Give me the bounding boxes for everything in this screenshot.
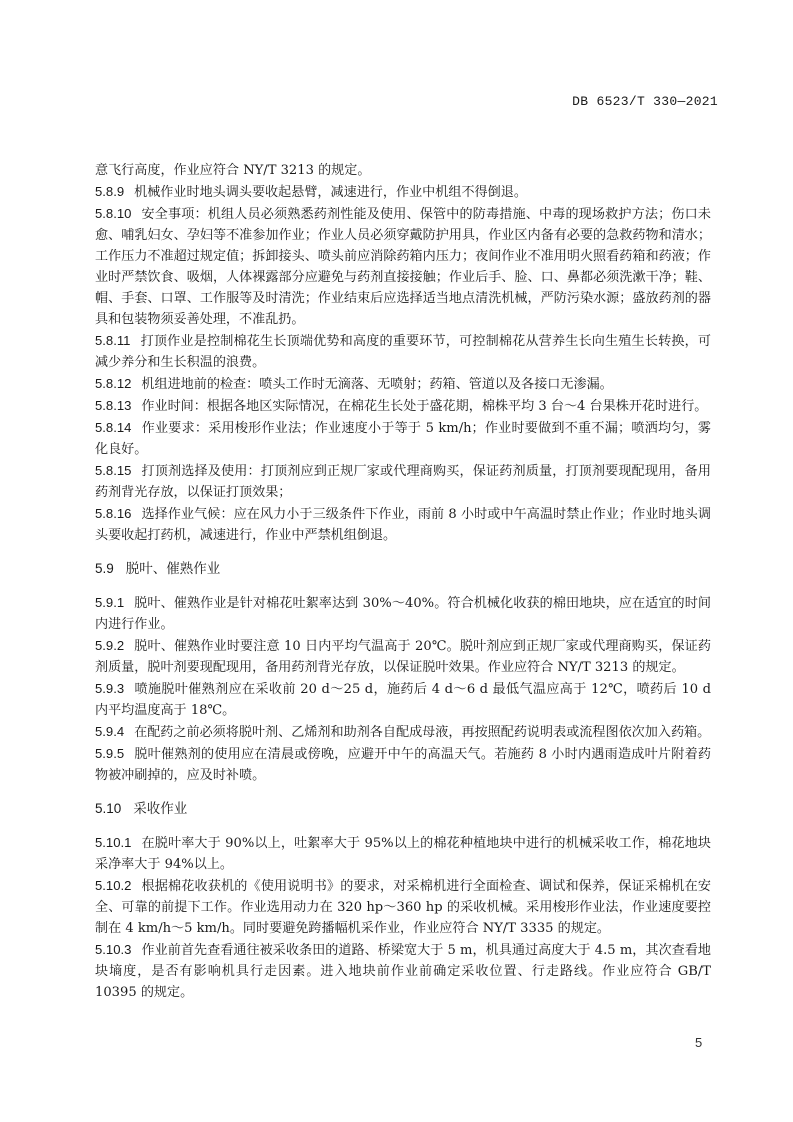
clause-number: 5.9.5 bbox=[95, 743, 124, 764]
clause-number: 5.9.4 bbox=[95, 721, 124, 742]
clause-number: 5.10.2 bbox=[95, 875, 131, 896]
clause-5-9-5: 5.9.5脱叶催熟剂的使用应在清晨或傍晚，应避开中午的高温天气。若施药 8 小时… bbox=[95, 743, 711, 786]
clause-number: 5.8.15 bbox=[95, 460, 131, 481]
paragraph-continuation: 意飞行高度，作业应符合 NY/T 3213 的规定。 bbox=[95, 160, 711, 181]
clause-5-10-3: 5.10.3作业前首先查看通往被采收条田的道路、桥梁宽大于 5 m，机具通过高度… bbox=[95, 939, 711, 1003]
clause-number: 5.9.2 bbox=[95, 635, 124, 656]
document-id-header: DB 6523/T 330—2021 bbox=[572, 94, 718, 109]
clause-number: 5.9.3 bbox=[95, 678, 124, 699]
clause-5-9-1: 5.9.1脱叶、催熟作业是针对棉花吐絮率达到 30%～40%。符合机械化收获的棉… bbox=[95, 592, 711, 635]
clause-number: 5.10.3 bbox=[95, 939, 131, 960]
clause-5-10-2: 5.10.2根据棉花收获机的《使用说明书》的要求，对采棉机进行全面检查、调试和保… bbox=[95, 875, 711, 939]
clause-5-8-12: 5.8.12机组进地前的检查：喷头工作时无滴落、无喷射；药箱、管道以及各接口无渗… bbox=[95, 373, 711, 395]
clause-5-9-3: 5.9.3喷施脱叶催熟剂应在采收前 20 d～25 d，施药后 4 d～6 d … bbox=[95, 678, 711, 721]
document-body: 意飞行高度，作业应符合 NY/T 3213 的规定。 5.8.9机械作业时地头调… bbox=[95, 160, 711, 1003]
section-heading-5-10: 5.10采收作业 bbox=[95, 798, 711, 820]
clause-number: 5.8.16 bbox=[95, 503, 131, 524]
clause-5-8-15: 5.8.15打顶剂选择及使用：打顶剂应到正规厂家或代理商购买，保证药剂质量，打顶… bbox=[95, 460, 711, 503]
section-heading-5-9: 5.9脱叶、催熟作业 bbox=[95, 558, 711, 580]
clause-5-8-11: 5.8.11打顶作业是控制棉花生长顶端优势和高度的重要环节，可控制棉花从营养生长… bbox=[95, 330, 711, 373]
clause-number: 5.8.9 bbox=[95, 181, 124, 202]
clause-number: 5.8.12 bbox=[95, 373, 131, 394]
page-number: 5 bbox=[695, 1035, 702, 1050]
clause-5-10-1: 5.10.1在脱叶率大于 90%以上，吐絮率大于 95%以上的棉花种植地块中进行… bbox=[95, 832, 711, 875]
clause-5-8-16: 5.8.16选择作业气候：应在风力小于三级条件下作业，雨前 8 小时或中午高温时… bbox=[95, 503, 711, 546]
clause-5-9-2: 5.9.2脱叶、催熟作业时要注意 10 日内平均气温高于 20℃。脱叶剂应到正规… bbox=[95, 635, 711, 678]
clause-number: 5.8.11 bbox=[95, 330, 130, 351]
clause-number: 5.8.10 bbox=[95, 203, 131, 224]
clause-5-8-14: 5.8.14作业要求：采用梭形作业法；作业速度小于等于 5 km/h；作业时要做… bbox=[95, 417, 711, 460]
clause-5-8-10: 5.8.10安全事项：机组人员必须熟悉药剂性能及使用、保管中的防毒措施、中毒的现… bbox=[95, 203, 711, 330]
clause-number: 5.8.14 bbox=[95, 417, 131, 438]
clause-number: 5.9.1 bbox=[95, 592, 124, 613]
clause-number: 5.10.1 bbox=[95, 832, 131, 853]
clause-number: 5.8.13 bbox=[95, 395, 131, 416]
clause-5-8-9: 5.8.9机械作业时地头调头要收起悬臂，减速进行，作业中机组不得倒退。 bbox=[95, 181, 711, 203]
clause-5-9-4: 5.9.4在配药之前必须将脱叶剂、乙烯剂和助剂各自配成母液，再按照配药说明表或流… bbox=[95, 721, 711, 743]
clause-5-8-13: 5.8.13作业时间：根据各地区实际情况，在棉花生长处于盛花期，棉株平均 3 台… bbox=[95, 395, 711, 417]
